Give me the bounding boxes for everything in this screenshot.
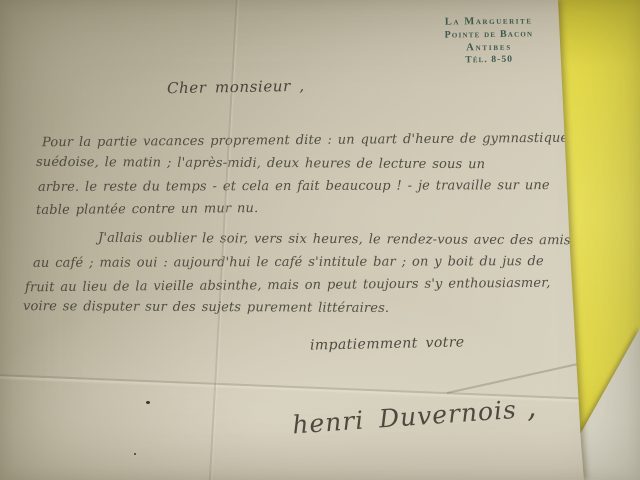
letterhead-villa-name: La Marguerite — [429, 15, 549, 28]
signature-flourish: , — [525, 389, 538, 425]
signature: henri Duvernois, — [291, 389, 538, 441]
salutation: Cher monsieur , — [167, 77, 305, 97]
body-line: fruit au lieu de la vieille absinthe, ma… — [25, 276, 551, 296]
photo-of-letter: La Marguerite Pointe de Bacon Antibes Té… — [0, 0, 640, 480]
letter-wrap: La Marguerite Pointe de Bacon Antibes Té… — [0, 0, 640, 480]
fold-crease-diagonal — [447, 363, 578, 394]
letter-sheet: La Marguerite Pointe de Bacon Antibes Té… — [0, 0, 640, 480]
closing-formula: impatiemment votre — [310, 334, 465, 353]
letterhead-address: Pointe de Bacon — [429, 28, 549, 41]
body-line: Pour la partie vacances proprement dite … — [42, 131, 569, 151]
body-line: arbre. le reste du temps - et cela en fa… — [38, 178, 550, 195]
body-line: J'allais oublier le soir, vers six heure… — [98, 231, 571, 248]
letterhead: La Marguerite Pointe de Bacon Antibes Té… — [429, 15, 550, 66]
body-line: suédoise, le matin ; l'après-midi, deux … — [36, 155, 485, 172]
body-line: au café ; mais oui : aujourd'hui le café… — [33, 254, 544, 271]
body-line: voire se disputer sur des sujets puremen… — [23, 299, 389, 316]
letterhead-phone: Tél. 8-50 — [429, 54, 549, 66]
ink-speck — [134, 453, 136, 455]
ink-speck — [146, 401, 150, 404]
body-line: table plantée contre un mur nu. — [36, 201, 258, 218]
signature-name: henri Duvernois — [291, 395, 517, 440]
letterhead-city: Antibes — [429, 41, 549, 54]
